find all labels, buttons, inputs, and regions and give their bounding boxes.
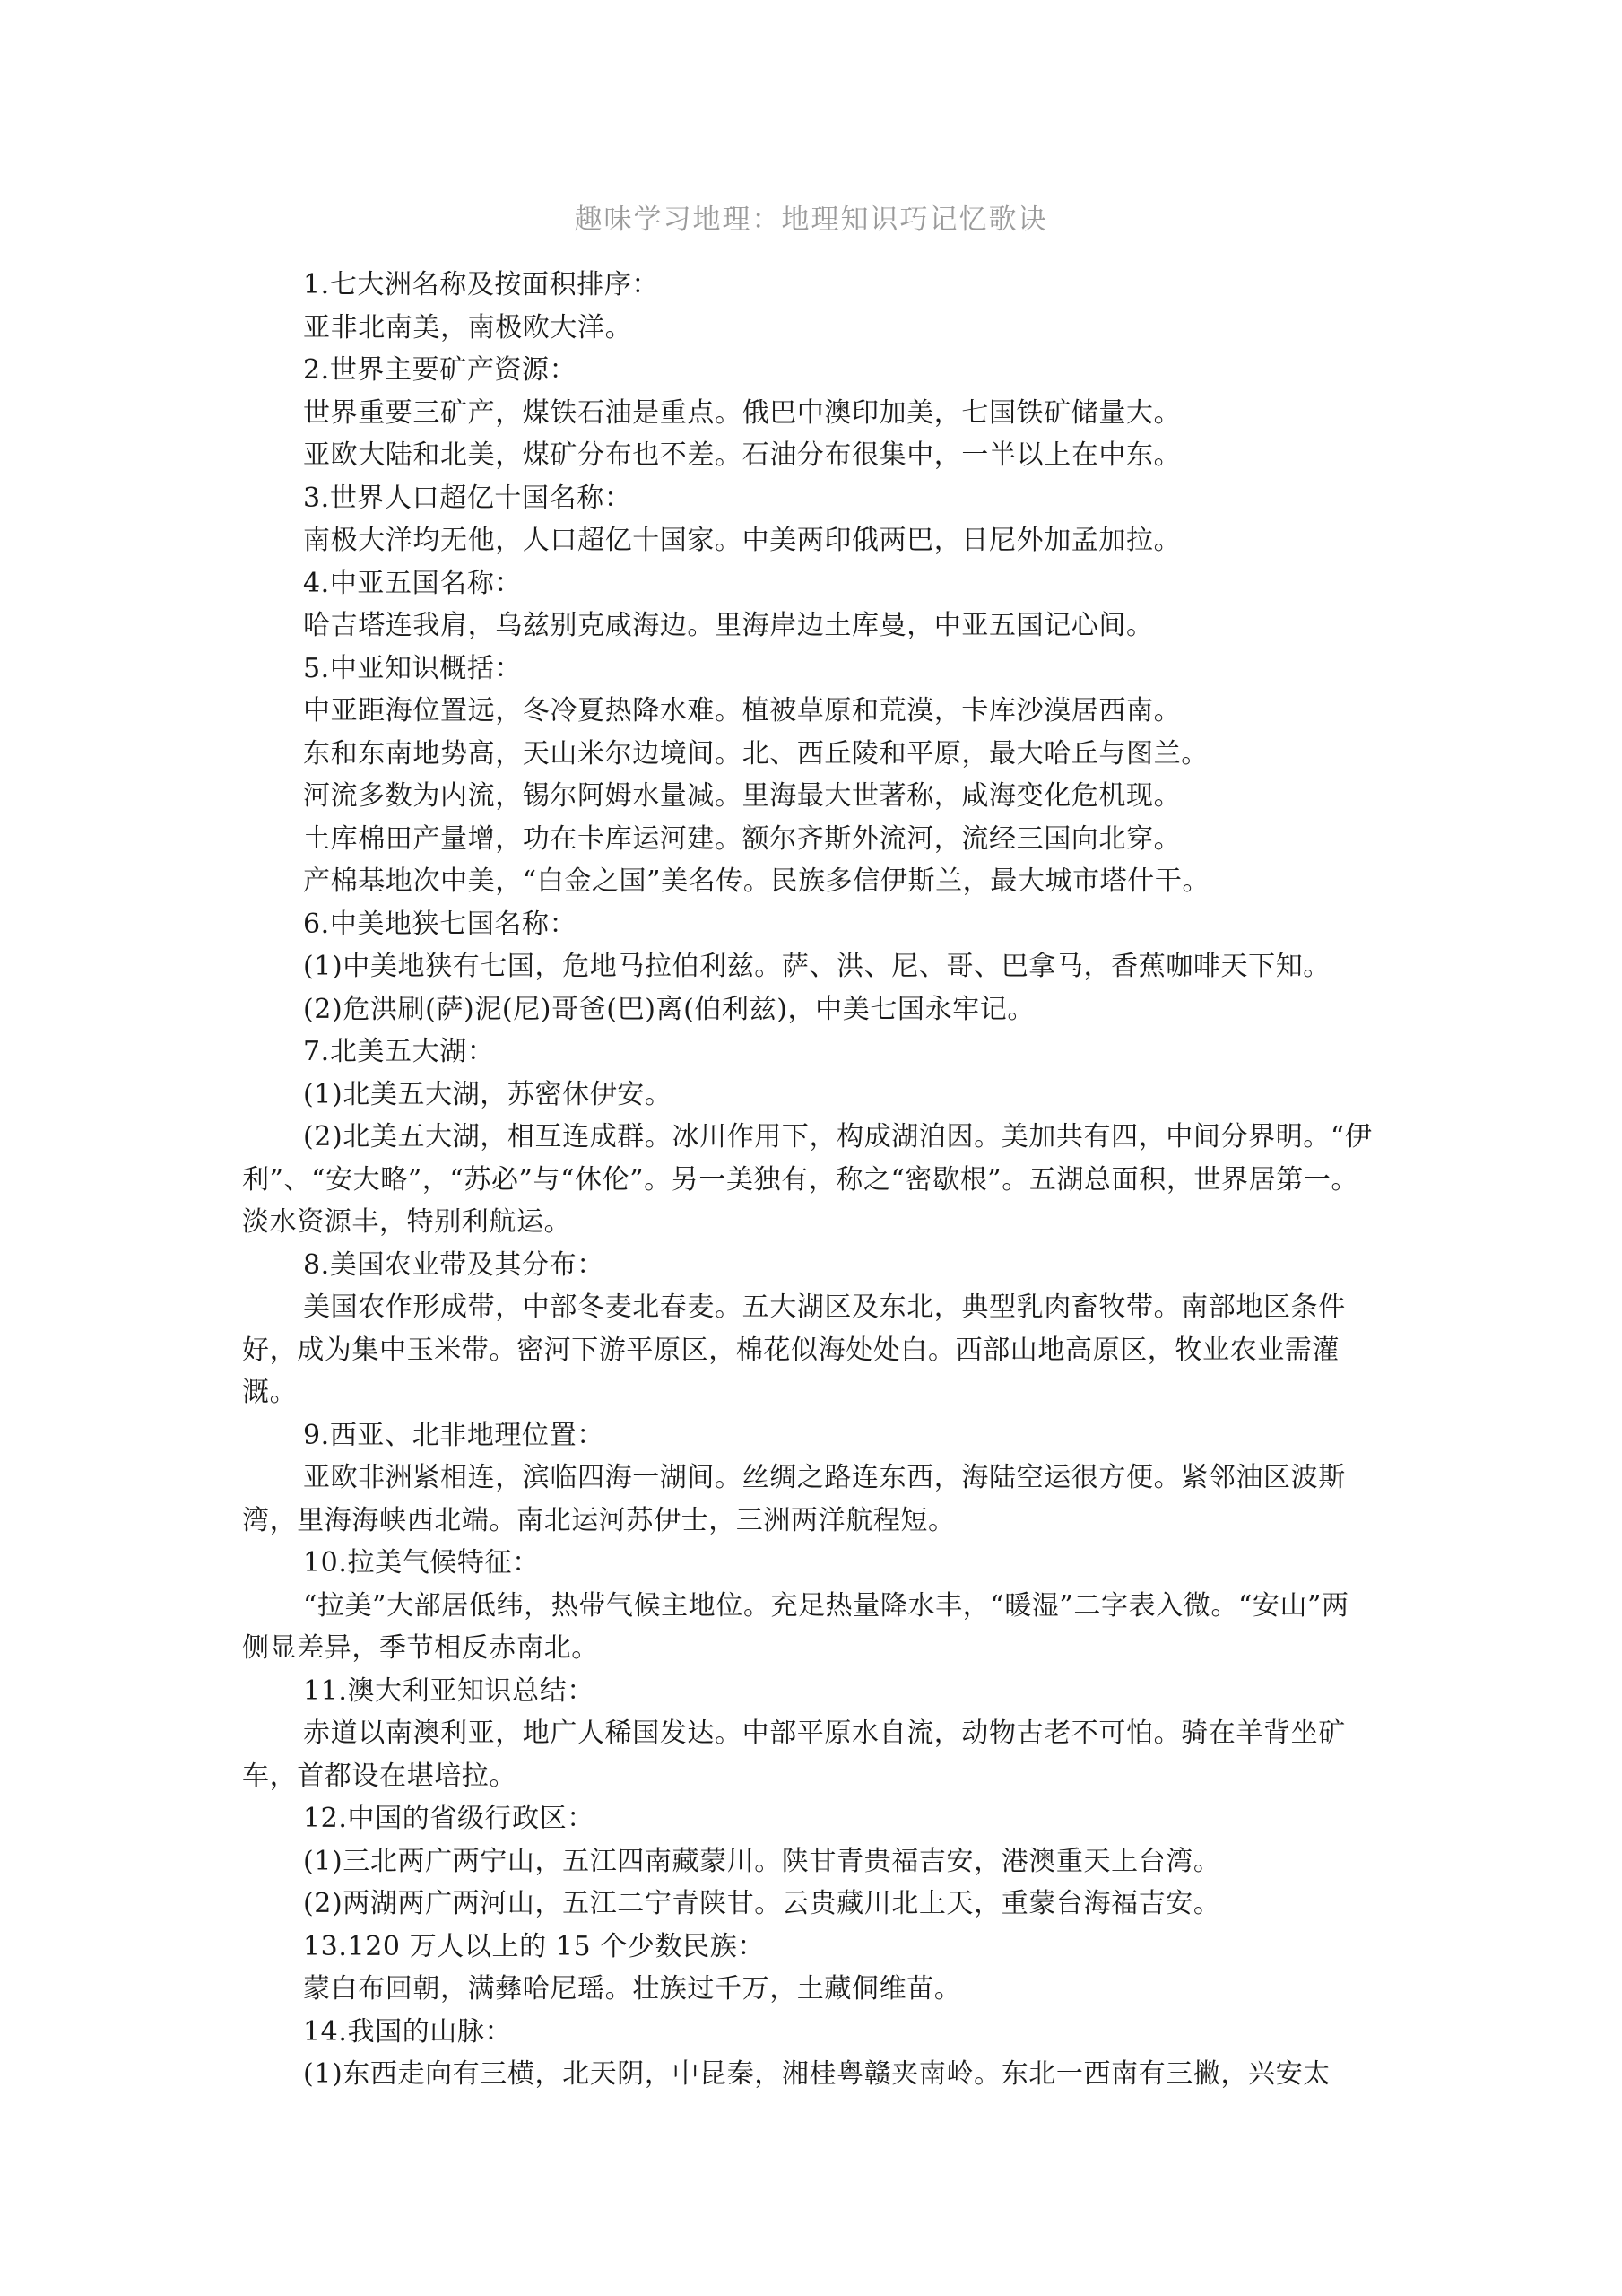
section-heading: 14.我国的山脉： bbox=[242, 2011, 1381, 2054]
paragraph-line: 车，首都设在堪培拉。 bbox=[242, 1755, 1381, 1798]
document-body: 1.七大洲名称及按面积排序：亚非北南美，南极欧大洋。2.世界主要矿产资源：世界重… bbox=[242, 264, 1381, 2096]
section-heading: 10.拉美气候特征： bbox=[242, 1542, 1381, 1585]
paragraph-line: 世界重要三矿产，煤铁石油是重点。俄巴中澳印加美，七国铁矿储量大。 bbox=[242, 392, 1381, 435]
paragraph-line: (2)北美五大湖，相互连成群。冰川作用下，构成湖泊因。美加共有四，中间分界明。“… bbox=[242, 1116, 1381, 1159]
paragraph-line: 淡水资源丰，特别利航运。 bbox=[242, 1201, 1381, 1244]
paragraph-line: 土库棉田产量增，功在卡库运河建。额尔齐斯外流河，流经三国向北穿。 bbox=[242, 818, 1381, 861]
section-heading: 13.120 万人以上的 15 个少数民族： bbox=[242, 1926, 1381, 1969]
paragraph-line: (1)中美地狭有七国，危地马拉伯利兹。萨、洪、尼、哥、巴拿马，香蕉咖啡天下知。 bbox=[242, 945, 1381, 988]
section-heading: 1.七大洲名称及按面积排序： bbox=[242, 264, 1381, 307]
section-heading: 5.中亚知识概括： bbox=[242, 648, 1381, 691]
paragraph-line: 赤道以南澳利亚，地广人稀国发达。中部平原水自流，动物古老不可怕。骑在羊背坐矿 bbox=[242, 1712, 1381, 1755]
paragraph-line: (1)东西走向有三横，北天阴，中昆秦，湘桂粤赣夹南岭。东北一西南有三撇，兴安太 bbox=[242, 2053, 1381, 2096]
paragraph-line: 侧显差异，季节相反赤南北。 bbox=[242, 1627, 1381, 1670]
paragraph-line: 利”、“安大略”，“苏必”与“休伦”。另一美独有，称之“密歇根”。五湖总面积，世… bbox=[242, 1159, 1381, 1202]
paragraph-line: 哈吉塔连我肩，乌兹别克咸海边。里海岸边土库曼，中亚五国记心间。 bbox=[242, 604, 1381, 648]
section-heading: 9.西亚、北非地理位置： bbox=[242, 1414, 1381, 1457]
section-heading: 8.美国农业带及其分布： bbox=[242, 1244, 1381, 1287]
paragraph-line: 亚非北南美，南极欧大洋。 bbox=[242, 307, 1381, 350]
paragraph-line: 河流多数为内流，锡尔阿姆水量减。里海最大世著称，咸海变化危机现。 bbox=[242, 775, 1381, 818]
section-heading: 3.世界人口超亿十国名称： bbox=[242, 477, 1381, 520]
document-title: 趣味学习地理：地理知识巧记忆歌诀 bbox=[0, 199, 1622, 240]
section-heading: 12.中国的省级行政区： bbox=[242, 1797, 1381, 1840]
paragraph-line: 蒙白布回朝，满彝哈尼瑶。壮族过千万，土藏侗维苗。 bbox=[242, 1968, 1381, 2011]
paragraph-line: 亚欧非洲紧相连，滨临四海一湖间。丝绸之路连东西，海陆空运很方便。紧邻油区波斯 bbox=[242, 1457, 1381, 1500]
section-heading: 11.澳大利亚知识总结： bbox=[242, 1670, 1381, 1713]
paragraph-line: 溉。 bbox=[242, 1371, 1381, 1414]
paragraph-line: “拉美”大部居低纬，热带气候主地位。充足热量降水丰，“暖湿”二字表入微。“安山”… bbox=[242, 1585, 1381, 1628]
paragraph-line: 好，成为集中玉米带。密河下游平原区，棉花似海处处白。西部山地高原区，牧业农业需灌 bbox=[242, 1329, 1381, 1372]
paragraph-line: 中亚距海位置远，冬冷夏热降水难。植被草原和荒漠，卡库沙漠居西南。 bbox=[242, 690, 1381, 733]
document-page: 趣味学习地理：地理知识巧记忆歌诀 1.七大洲名称及按面积排序：亚非北南美，南极欧… bbox=[0, 0, 1622, 2296]
paragraph-line: 东和东南地势高，天山米尔边境间。北、西丘陵和平原，最大哈丘与图兰。 bbox=[242, 733, 1381, 776]
section-heading: 4.中亚五国名称： bbox=[242, 562, 1381, 605]
paragraph-line: 产棉基地次中美，“白金之国”美名传。民族多信伊斯兰，最大城市塔什干。 bbox=[242, 860, 1381, 903]
section-heading: 6.中美地狭七国名称： bbox=[242, 903, 1381, 946]
paragraph-line: (2)危洪刷(萨)泥(尼)哥爸(巴)离(伯利兹)，中美七国永牢记。 bbox=[242, 988, 1381, 1031]
paragraph-line: 湾，里海海峡西北端。南北运河苏伊士，三洲两洋航程短。 bbox=[242, 1500, 1381, 1543]
paragraph-line: 南极大洋均无他，人口超亿十国家。中美两印俄两巴，日尼外加孟加拉。 bbox=[242, 519, 1381, 562]
paragraph-line: (1)北美五大湖，苏密休伊安。 bbox=[242, 1074, 1381, 1117]
section-heading: 2.世界主要矿产资源： bbox=[242, 349, 1381, 392]
paragraph-line: 亚欧大陆和北美，煤矿分布也不差。石油分布很集中，一半以上在中东。 bbox=[242, 434, 1381, 477]
paragraph-line: 美国农作形成带，中部冬麦北春麦。五大湖区及东北，典型乳肉畜牧带。南部地区条件 bbox=[242, 1286, 1381, 1329]
section-heading: 7.北美五大湖： bbox=[242, 1031, 1381, 1074]
paragraph-line: (2)两湖两广两河山，五江二宁青陕甘。云贵藏川北上天，重蒙台海福吉安。 bbox=[242, 1883, 1381, 1926]
paragraph-line: (1)三北两广两宁山，五江四南藏蒙川。陕甘青贵福吉安，港澳重天上台湾。 bbox=[242, 1840, 1381, 1883]
